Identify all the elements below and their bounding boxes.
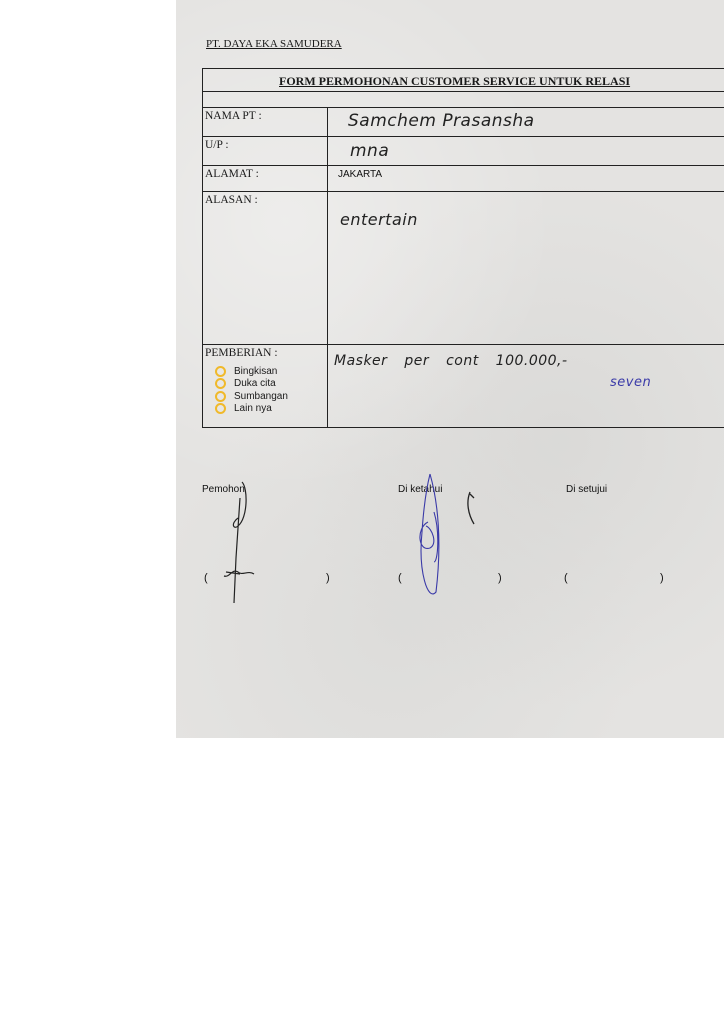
radio-circle-icon[interactable] [215,378,226,389]
option-duka-cita[interactable]: Duka cita [215,378,327,391]
pemberian-note: seven [610,375,651,390]
paren-close-diketahui: ) [498,572,502,584]
option-label: Duka cita [234,378,276,389]
signature-section: Pemohon Di ketahui Di setujui ( ) ( ) ( … [176,478,724,608]
pemberian-value: Masker per cont 100.000,- [334,353,568,369]
row-pemberian: PEMBERIAN : Bingkisan Duka cita Sumbanga… [203,345,724,428]
value-cell-alasan: entertain [328,192,724,344]
form-title-row: FORM PERMOHONAN CUSTOMER SERVICE UNTUK R… [203,69,724,92]
option-bingkisan[interactable]: Bingkisan [215,365,327,378]
alamat-value: JAKARTA [338,169,382,180]
radio-circle-icon[interactable] [215,403,226,414]
radio-circle-icon[interactable] [215,391,226,402]
label-disetujui: Di setujui [566,484,607,495]
spacer-row [203,92,724,108]
alasan-value: entertain [340,210,418,229]
paren-close-pemohon: ) [326,572,330,584]
company-name: PT. DAYA EKA SAMUDERA [206,38,342,50]
pemberian-options: Bingkisan Duka cita Sumbangan Lain nya [205,365,327,415]
row-nama-pt: NAMA PT : Samchem Prasansha [203,108,724,137]
option-label: Sumbangan [234,391,288,402]
label-pemberian: PEMBERIAN : [205,347,327,359]
value-cell-up: mna [328,137,724,165]
paren-open-disetujui: ( [564,572,568,584]
radio-circle-icon[interactable] [215,366,226,377]
value-cell-alamat: JAKARTA [328,166,724,191]
paren-close-disetujui: ) [660,572,664,584]
pemohon-signature [212,478,272,603]
option-lain-nya[interactable]: Lain nya [215,403,327,416]
paren-open-diketahui: ( [398,572,402,584]
form-title: FORM PERMOHONAN CUSTOMER SERVICE UNTUK R… [279,74,630,89]
request-form-table: FORM PERMOHONAN CUSTOMER SERVICE UNTUK R… [202,68,724,428]
value-cell-nama-pt: Samchem Prasansha [328,108,724,136]
option-sumbangan[interactable]: Sumbangan [215,390,327,403]
row-alasan: ALASAN : entertain [203,192,724,345]
label-up: U/P : [203,137,328,165]
row-up: U/P : mna [203,137,724,166]
label-cell-pemberian: PEMBERIAN : Bingkisan Duka cita Sumbanga… [203,345,328,427]
nama-pt-value: Samchem Prasansha [348,111,535,131]
paren-open-pemohon: ( [204,572,208,584]
up-value: mna [350,141,389,161]
option-label: Bingkisan [234,366,277,377]
label-alamat: ALAMAT : [203,166,328,191]
label-nama-pt: NAMA PT : [203,108,328,136]
scanned-document: PT. DAYA EKA SAMUDERA FORM PERMOHONAN CU… [176,0,724,738]
option-label: Lain nya [234,403,272,414]
diketahui-signature [408,472,488,602]
value-cell-pemberian: Masker per cont 100.000,- seven [328,345,724,427]
row-alamat: ALAMAT : JAKARTA [203,166,724,192]
label-alasan: ALASAN : [203,192,328,344]
